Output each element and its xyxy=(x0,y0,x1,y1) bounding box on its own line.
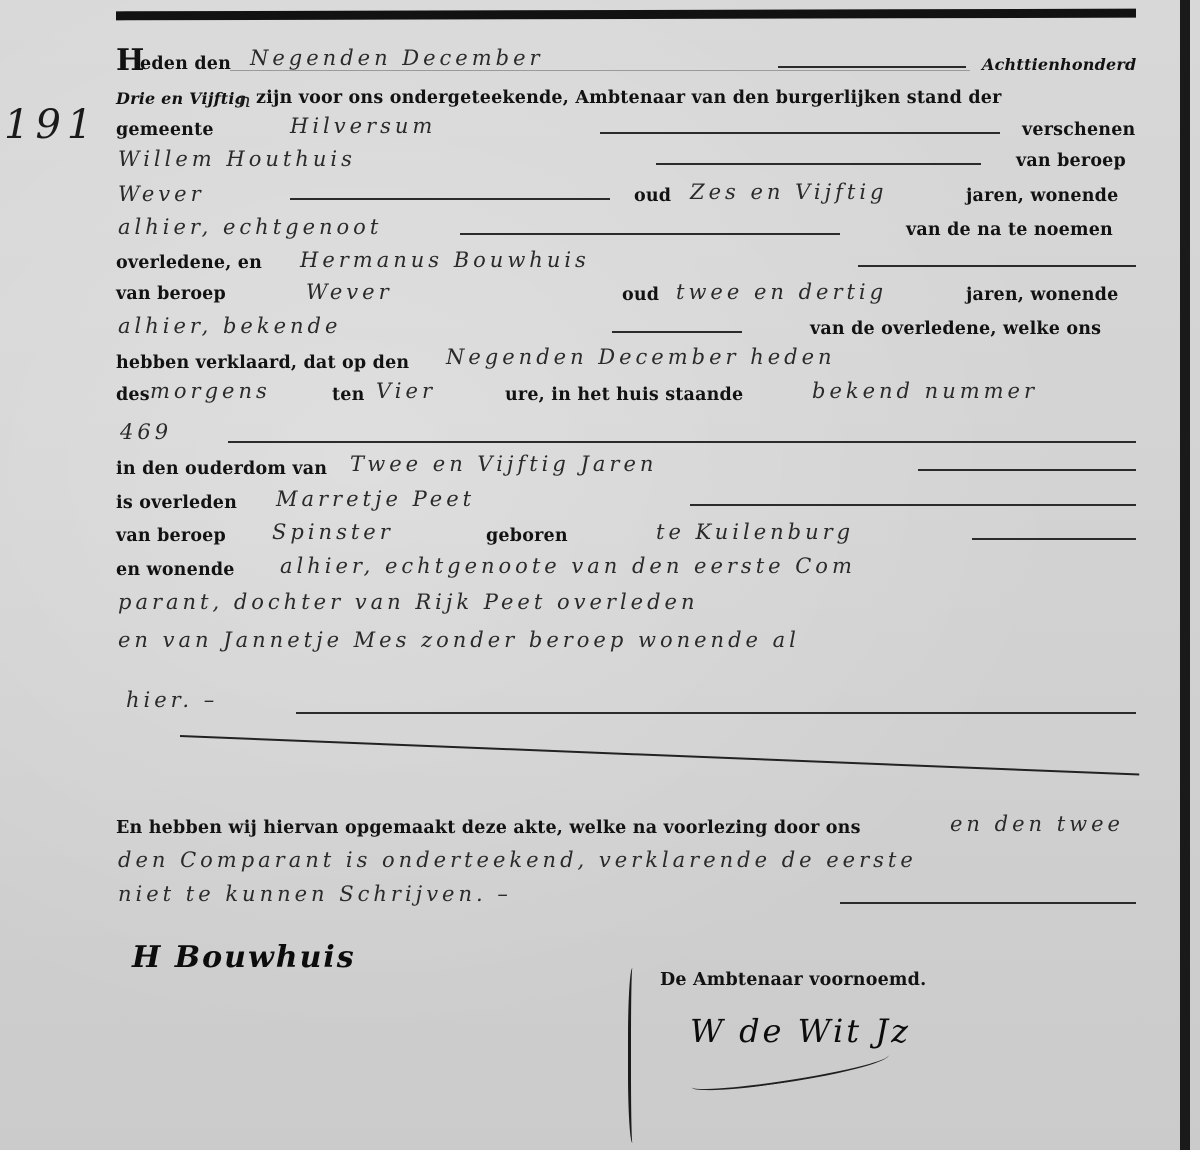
printed-text: van beroep xyxy=(1016,151,1126,171)
handwritten-parents: parant, dochter van Rijk Peet overleden xyxy=(118,590,698,614)
fill-line xyxy=(778,66,966,68)
top-border-rule xyxy=(116,9,1136,21)
fill-line xyxy=(460,233,840,235)
handwritten-birthplace: te Kuilenburg xyxy=(656,520,854,544)
handwritten-age: twee en dertig xyxy=(676,280,887,304)
printed-text: van de overledene, welke ons xyxy=(810,319,1101,339)
handwritten-closing-1: en den twee xyxy=(950,812,1124,836)
printed-text: ten xyxy=(332,385,365,405)
printed-text: in den ouderdom van xyxy=(116,459,327,479)
right-border-rule xyxy=(1180,0,1190,1150)
handwritten-time-of-day: morgens xyxy=(150,379,271,403)
handwritten-text-end: hier. – xyxy=(126,688,218,712)
printed-text: oud xyxy=(622,285,659,305)
fill-line xyxy=(296,712,1136,714)
handwritten-age-deceased: Twee en Vijftig Jaren xyxy=(350,452,657,476)
fill-line xyxy=(290,198,610,200)
handwritten-mark: n xyxy=(238,88,255,112)
printed-text: verschenen xyxy=(1022,120,1135,140)
printed-text: Achttienhonderd xyxy=(982,55,1136,74)
handwritten-occupation-deceased: Spinster xyxy=(272,520,394,544)
printed-text: hebben verklaard, dat op den xyxy=(116,353,409,373)
fill-line xyxy=(690,504,1136,506)
handwritten-declarant-2-name: Hermanus Bouwhuis xyxy=(300,248,590,272)
printed-text: jaren, wonende xyxy=(966,186,1118,206)
printed-closing-text: En hebben wij hiervan opgemaakt deze akt… xyxy=(116,818,861,838)
handwritten-occupation: Wever xyxy=(306,280,393,304)
printed-text: en wonende xyxy=(116,560,235,580)
handwritten-closing-2: den Comparant is onderteekend, verklaren… xyxy=(118,848,917,872)
ruled-line xyxy=(230,70,970,71)
handwritten-date: Negenden December xyxy=(250,46,544,70)
handwritten-occupation: Wever xyxy=(118,182,205,206)
handwritten-residence: alhier, echtgenoot xyxy=(118,215,382,239)
handwritten-relation: alhier, bekende xyxy=(118,314,341,338)
fill-line xyxy=(972,538,1136,540)
handwritten-parents-cont: en van Jannetje Mes zonder beroep wonend… xyxy=(118,628,800,652)
signature-bracket xyxy=(628,968,639,1143)
handwritten-deceased-name: Marretje Peet xyxy=(276,487,475,511)
printed-text: oud xyxy=(634,186,671,206)
scanned-document-page: 191 H eden den Negenden December Achttie… xyxy=(0,0,1200,1150)
fill-line xyxy=(600,132,1000,134)
fill-line xyxy=(656,163,981,165)
printed-text: geboren xyxy=(486,526,568,546)
printed-text: van de na te noemen xyxy=(906,220,1113,240)
fill-line xyxy=(612,331,742,333)
printed-text: ure, in het huis staande xyxy=(505,385,743,405)
strike-through-line xyxy=(180,735,1139,776)
printed-year: Drie en Vijftig xyxy=(116,89,246,108)
handwritten-house-number: 469 xyxy=(120,420,172,444)
witness-signature: H Bouwhuis xyxy=(132,940,356,975)
official-label: De Ambtenaar voornoemd. xyxy=(660,970,926,990)
register-number: 191 xyxy=(4,102,98,148)
handwritten-municipality: Hilversum xyxy=(290,114,436,138)
fill-line xyxy=(858,265,1136,267)
printed-text: is overleden xyxy=(116,493,237,513)
handwritten-house-label: bekend nummer xyxy=(812,379,1038,403)
handwritten-hour: Vier xyxy=(376,379,436,403)
handwritten-residence-deceased: alhier, echtgenoote van den eerste Com xyxy=(280,554,856,578)
handwritten-declarant-1-name: Willem Houthuis xyxy=(118,147,356,171)
printed-text: gemeente xyxy=(116,120,214,140)
handwritten-date-of-death: Negenden December heden xyxy=(446,345,836,369)
printed-text: des xyxy=(116,385,150,405)
printed-text: van beroep xyxy=(116,284,226,304)
printed-text: eden den xyxy=(140,54,231,74)
signature-flourish xyxy=(689,1046,890,1096)
fill-line xyxy=(918,469,1136,471)
printed-text: overledene, en xyxy=(116,253,262,273)
fill-line xyxy=(228,441,1136,443)
fill-line xyxy=(840,902,1136,904)
printed-text: jaren, wonende xyxy=(966,285,1118,305)
official-signature: W de Wit Jz xyxy=(690,1012,911,1050)
printed-text: zijn voor ons ondergeteekende, Ambtenaar… xyxy=(256,88,1002,108)
handwritten-age: Zes en Vijftig xyxy=(690,180,888,204)
printed-text: van beroep xyxy=(116,526,226,546)
handwritten-closing-3: niet te kunnen Schrijven. – xyxy=(118,882,512,906)
